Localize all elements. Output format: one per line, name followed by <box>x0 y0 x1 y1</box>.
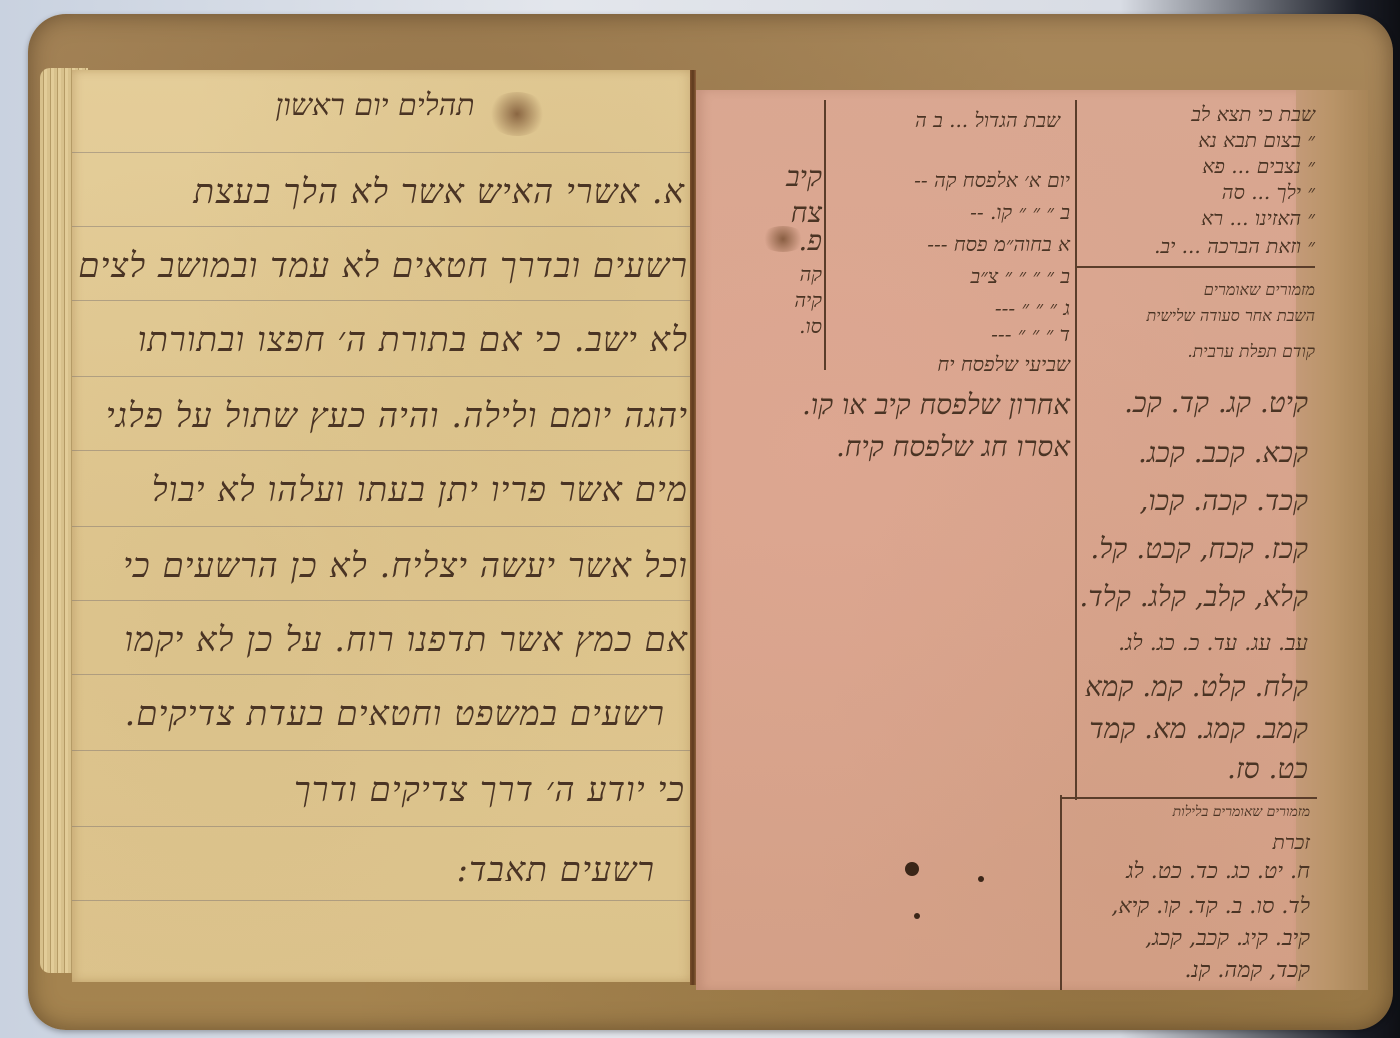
night-psalm-line: ח. יט. כג. כד. כט. לג <box>1065 858 1310 884</box>
night-psalm-line: קכד, קמה. קנ. <box>1065 957 1310 983</box>
schedule-row: ד ״ ״ ״ --- <box>835 322 1070 347</box>
schedule-margin-value: קיה <box>760 288 822 313</box>
column-divider <box>1075 100 1077 800</box>
parasha-row: ״ האזינו ... רא <box>1085 206 1315 231</box>
schedule-row: ב ״ ״ ״ קו. -- <box>835 200 1070 225</box>
schedule-margin-value: קה <box>760 262 822 287</box>
page-title: תהלים יום ראשון <box>205 88 545 123</box>
night-psalm-line: זכרת <box>1065 830 1310 855</box>
ruled-line <box>72 900 694 901</box>
section-heading: קודם תפלת ערבית. <box>1085 342 1315 362</box>
psalm-list-line: קמב. קמג. מא. קמד <box>1080 712 1308 746</box>
ink-blot <box>978 876 984 882</box>
section-divider <box>1062 797 1317 799</box>
ruled-line <box>72 526 694 527</box>
text-line: רשעים תאבד: <box>457 850 655 890</box>
ruled-line <box>72 300 694 301</box>
parasha-row: ״ נצבים ... פא <box>1085 154 1315 179</box>
text-line: כי יודע ה׳ דרך צדיקים ודרך <box>294 770 685 810</box>
psalm-list-line: עב. עג. עד. כ. כג. לג. <box>1080 630 1308 656</box>
ruled-line <box>72 450 694 451</box>
text-line: וכל אשר יעשה יצליח. לא כן הרשעים כי <box>123 546 688 586</box>
text-line: א. אשרי האיש אשר לא הלך בעצת <box>193 172 685 212</box>
schedule-row: ב ״ ״ ״ ״ צ״ב <box>835 264 1070 289</box>
psalm-list-line: קכא. קכב. קכג. <box>1080 436 1308 470</box>
section-heading: מזמורים שאומרים <box>1085 280 1315 300</box>
text-line: יהגה יומם ולילה. והיה כעץ שתול על פלגי <box>106 396 688 436</box>
psalm-list-line: כט. סז. <box>1080 752 1308 786</box>
schedule-note: שביעי שלפסח יח <box>840 352 1070 377</box>
schedule-margin-value: קיב <box>760 160 822 194</box>
ruled-line <box>72 376 694 377</box>
column-divider <box>824 100 826 370</box>
section-heading: מזמורים שאומרים בלילות <box>1065 804 1310 821</box>
section-heading: שבת הגדול ... ב ה <box>860 108 1060 133</box>
section-heading: השבת אחר סעודה שלישית <box>1078 306 1315 326</box>
ink-blot <box>914 913 920 919</box>
ink-stain <box>760 226 806 252</box>
text-line: רשעים ובדרך חטאים לא עמד ובמושב לצים <box>78 246 688 286</box>
schedule-note: אסרו חג שלפסח קיח. <box>790 430 1070 464</box>
schedule-row: א בחוה״מ פסח --- <box>835 232 1070 257</box>
schedule-row: ג ״ ״ ״ --- <box>835 296 1070 321</box>
night-psalm-line: קיב. קיג. קכב, קכג, <box>1065 925 1310 951</box>
psalm-list-line: קיט. קג. קד. קכ. <box>1080 386 1308 420</box>
parasha-row: ״ בצום תבא נא <box>1085 128 1315 153</box>
schedule-note: אחרון שלפסח קיב או קו. <box>750 388 1070 422</box>
ruled-line <box>72 674 694 675</box>
parasha-row: ״ ילך ... סה <box>1085 180 1315 205</box>
ruled-line <box>72 750 694 751</box>
parasha-row: ״ וזאת הברכה ... יב. <box>1085 234 1315 259</box>
text-line: מים אשר פריו יתן בעתו ועלהו לא יבול <box>152 470 688 510</box>
parasha-row: שבת כי תצא לב <box>1085 102 1315 127</box>
ruled-line <box>72 226 694 227</box>
ink-blot <box>905 862 919 876</box>
ruled-line <box>72 152 694 153</box>
psalm-list-line: קלא, קלב, קלג. קלד. <box>1080 580 1308 614</box>
psalm-list-line: קלח. קלט. קמ. קמא <box>1080 670 1308 704</box>
schedule-margin-value: סו. <box>760 314 822 339</box>
text-line: אם כמץ אשר תדפנו רוח. על כן לא יקמו <box>124 620 688 660</box>
section-divider <box>1075 266 1315 268</box>
schedule-row: יום א׳ אלפסח קה -- <box>835 168 1070 193</box>
psalm-list-line: קכד. קכה. קכו, <box>1080 484 1308 518</box>
column-divider <box>1060 795 1062 990</box>
psalm-list-line: קכז. קכח, קכט. קל. <box>1080 532 1308 566</box>
ruled-line <box>72 600 694 601</box>
text-line: רשעים במשפט וחטאים בעדת צדיקים. <box>124 694 665 734</box>
night-psalm-line: לד. סו. ב. קד. קו. קיא, <box>1065 893 1310 919</box>
text-line: לא ישב. כי אם בתורת ה׳ חפצו ובתורתו <box>138 320 688 360</box>
ruled-line <box>72 826 694 827</box>
